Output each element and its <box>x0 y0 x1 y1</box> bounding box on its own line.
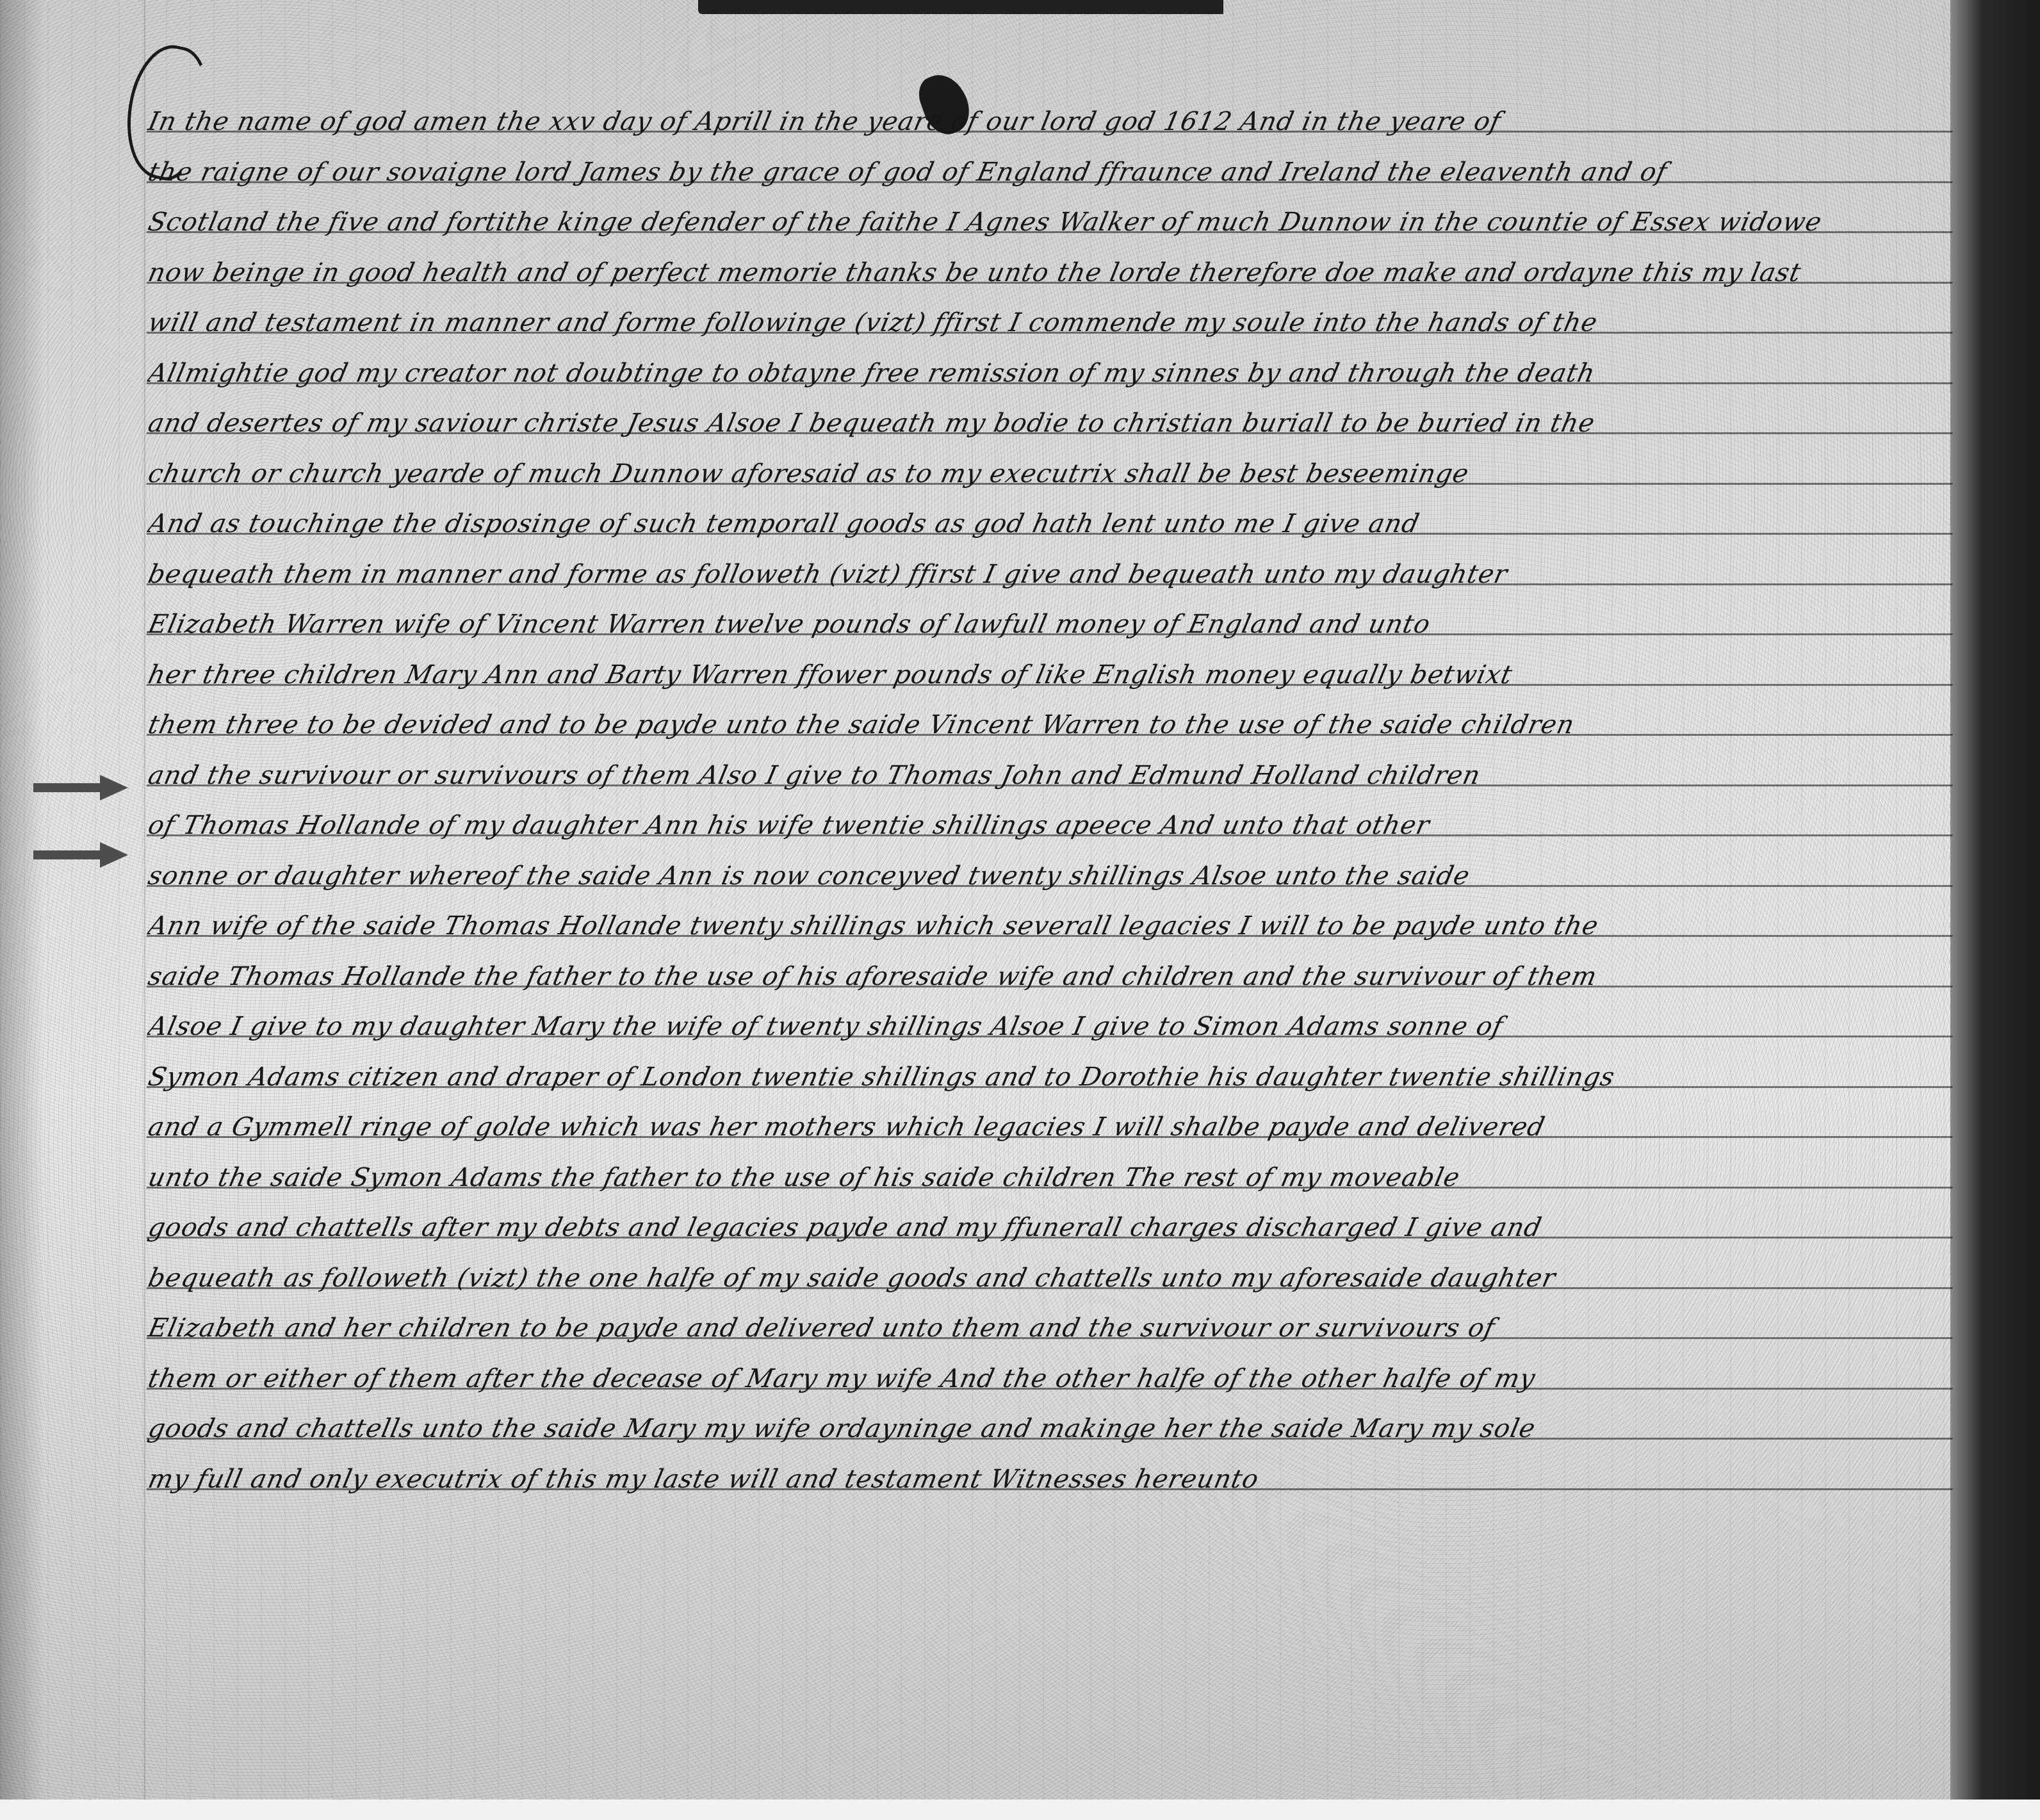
manuscript-line: now beinge in good health and of perfect… <box>142 254 1959 304</box>
manuscript-line: Alsoe I give to my daughter Mary the wif… <box>142 1007 1959 1058</box>
manuscript-line: my full and only executrix of this my la… <box>142 1460 1959 1511</box>
manuscript-line: and desertes of my saviour christe Jesus… <box>142 404 1959 455</box>
manuscript-line: them three to be devided and to be payde… <box>142 706 1959 756</box>
manuscript-line: and the survivour or survivours of them … <box>142 756 1959 807</box>
manuscript-line: Ann wife of the saide Thomas Hollande tw… <box>142 907 1959 957</box>
manuscript-line: and a Gymmell ringe of golde which was h… <box>142 1108 1959 1158</box>
manuscript-line: will and testament in manner and forme f… <box>142 304 1959 354</box>
manuscript-line: Symon Adams citizen and draper of London… <box>142 1058 1959 1109</box>
scan-bottom-margin <box>0 1800 2040 1820</box>
manuscript-text: In the name of god amen the xxv day of A… <box>147 102 1954 1510</box>
top-scan-tab <box>698 0 1223 14</box>
margin-rule <box>144 0 145 1820</box>
manuscript-line: Elizabeth Warren wife of Vincent Warren … <box>142 605 1959 656</box>
manuscript-line: bequeath them in manner and forme as fol… <box>142 555 1959 606</box>
manuscript-line: Scotland the five and fortithe kinge def… <box>142 203 1959 254</box>
manuscript-line: sonne or daughter whereof the saide Ann … <box>142 857 1959 907</box>
pointer-arrow-icon <box>33 775 129 800</box>
manuscript-line: Allmightie god my creator not doubtinge … <box>142 354 1959 405</box>
scan-left-shadow <box>0 0 45 1820</box>
manuscript-line: them or either of them after the decease… <box>142 1360 1959 1410</box>
manuscript-line: In the name of god amen the xxv day of A… <box>142 102 1959 153</box>
manuscript-line: of Thomas Hollande of my daughter Ann hi… <box>142 806 1959 857</box>
manuscript-line: bequeath as followeth (vizt) the one hal… <box>142 1259 1959 1310</box>
manuscript-line: goods and chattells unto the saide Mary … <box>142 1410 1959 1460</box>
manuscript-line: Elizabeth and her children to be payde a… <box>142 1309 1959 1360</box>
scanned-document-page: In the name of god amen the xxv day of A… <box>0 0 2040 1820</box>
page-right-edge <box>1950 0 2040 1820</box>
manuscript-line: her three children Mary Ann and Barty Wa… <box>142 656 1959 706</box>
manuscript-line: unto the saide Symon Adams the father to… <box>142 1158 1959 1209</box>
manuscript-line: And as touchinge the disposinge of such … <box>142 505 1959 555</box>
manuscript-line: the raigne of our sovaigne lord James by… <box>142 153 1959 204</box>
manuscript-line: church or church yearde of much Dunnow a… <box>142 455 1959 505</box>
pointer-arrow-icon <box>33 842 129 868</box>
manuscript-line: goods and chattells after my debts and l… <box>142 1208 1959 1259</box>
manuscript-line: saide Thomas Hollande the father to the … <box>142 957 1959 1008</box>
